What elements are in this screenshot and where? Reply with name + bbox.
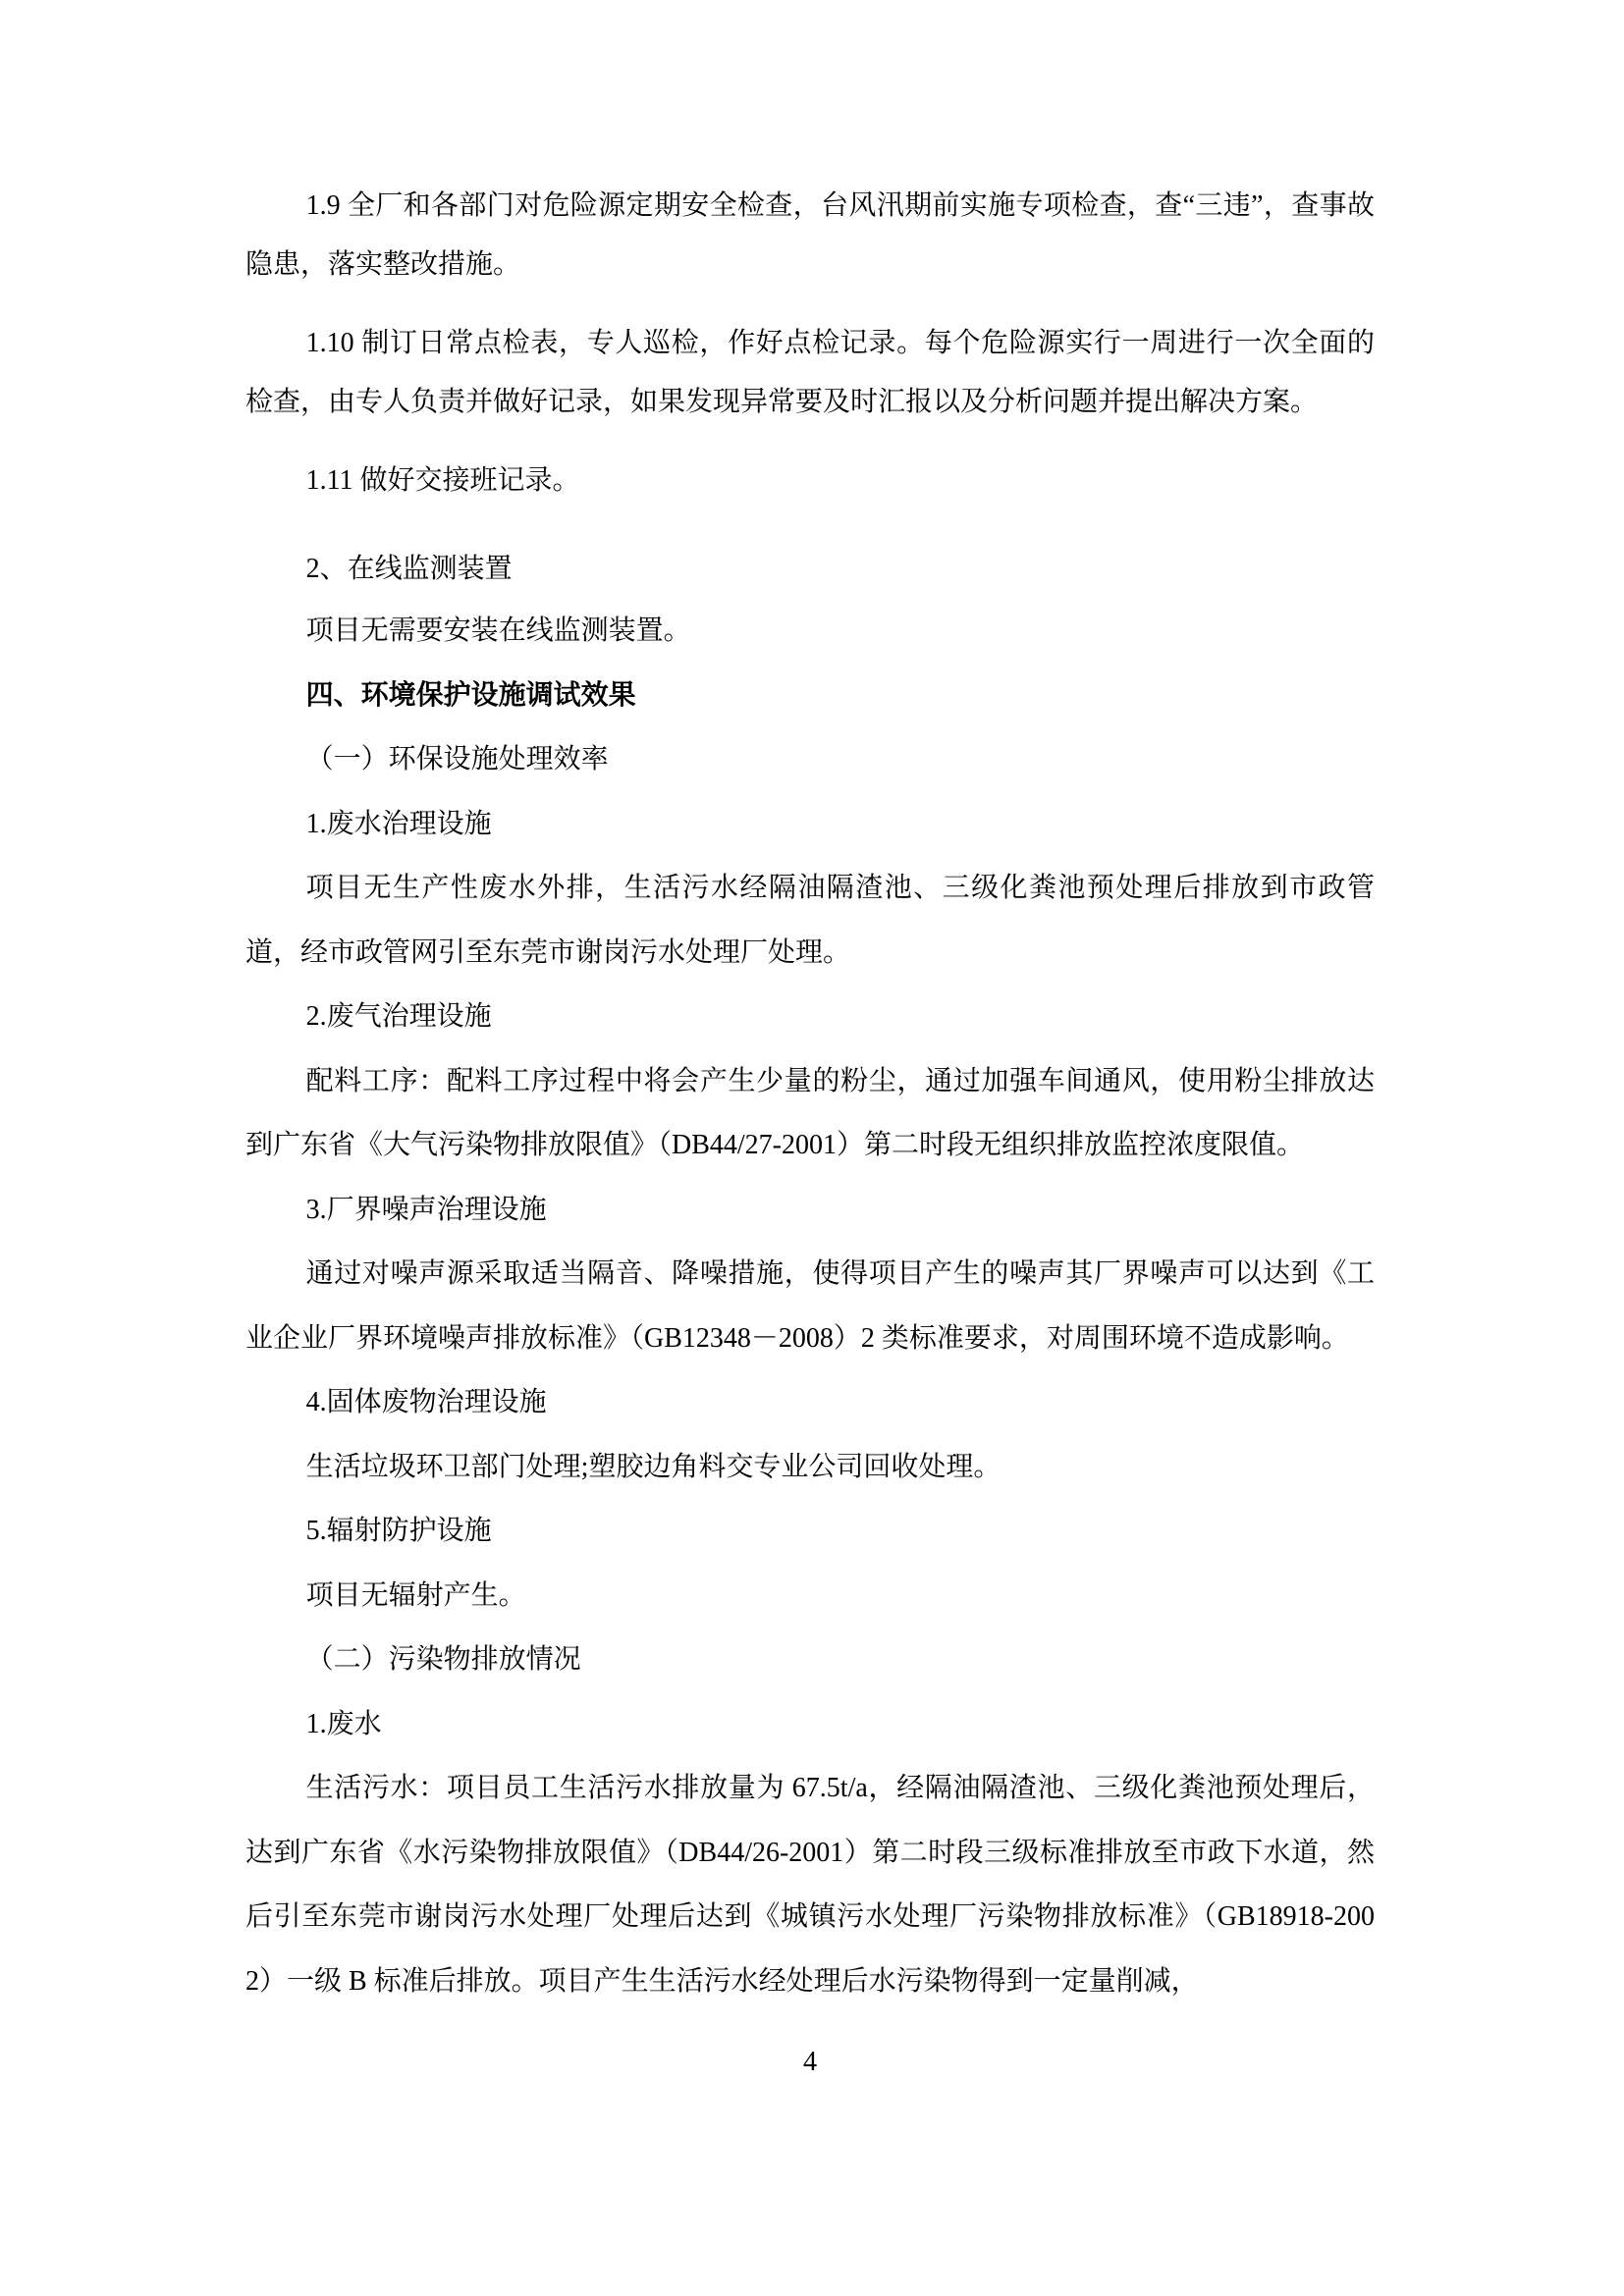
para-radiation-facility: 项目无辐射产生。 <box>245 1564 1375 1629</box>
para-wastewater-facility: 项目无生产性废水外排，生活污水经隔油隔渣池、三级化粪池预处理后排放到市政管道，经… <box>245 856 1375 985</box>
heading-section-four: 四、环境保护设施调试效果 <box>245 664 1375 728</box>
para-1-9: 1.9 全厂和各部门对危险源定期安全检查，台风汛期前实施专项检查，查“三违”，查… <box>245 177 1375 294</box>
heading-waste-gas-facility: 2.废气治理设施 <box>245 985 1375 1049</box>
para-domestic-sewage: 生活污水：项目员工生活污水排放量为 67.5t/a，经隔油隔渣池、三级化粪池预处… <box>245 1756 1375 2013</box>
page-number: 4 <box>245 2033 1375 2092</box>
heading-wastewater-facility: 1.废水治理设施 <box>245 792 1375 857</box>
heading-subsection-one: （一）环保设施处理效率 <box>245 727 1375 792</box>
para-noise-facility: 通过对噪声源采取适当隔音、降噪措施，使得项目产生的噪声其厂界噪声可以达到《工业企… <box>245 1242 1375 1370</box>
heading-solid-waste-facility: 4.固体废物治理设施 <box>245 1370 1375 1435</box>
para-waste-gas-facility: 配料工序：配料工序过程中将会产生少量的粉尘，通过加强车间通风，使用粉尘排放达到广… <box>245 1049 1375 1178</box>
para-1-10: 1.10 制订日常点检表，专人巡检，作好点检记录。每个危险源实行一周进行一次全面… <box>245 314 1375 432</box>
document-page: 1.9 全厂和各部门对危险源定期安全检查，台风汛期前实施专项检查，查“三违”，查… <box>0 0 1624 2296</box>
heading-radiation-facility: 5.辐射防护设施 <box>245 1499 1375 1564</box>
heading-subsection-two: （二）污染物排放情况 <box>245 1628 1375 1692</box>
heading-noise-facility: 3.厂界噪声治理设施 <box>245 1178 1375 1243</box>
heading-wastewater: 1.废水 <box>245 1692 1375 1757</box>
para-1-11: 1.11 做好交接班记录。 <box>245 452 1375 510</box>
heading-online-monitoring: 2、在线监测装置 <box>245 540 1375 599</box>
para-solid-waste-facility: 生活垃圾环卫部门处理;塑胶边角料交专业公司回收处理。 <box>245 1435 1375 1500</box>
page-body: 1.9 全厂和各部门对危险源定期安全检查，台风汛期前实施专项检查，查“三违”，查… <box>245 177 1375 2092</box>
para-online-monitoring: 项目无需要安装在线监测装置。 <box>245 599 1375 664</box>
